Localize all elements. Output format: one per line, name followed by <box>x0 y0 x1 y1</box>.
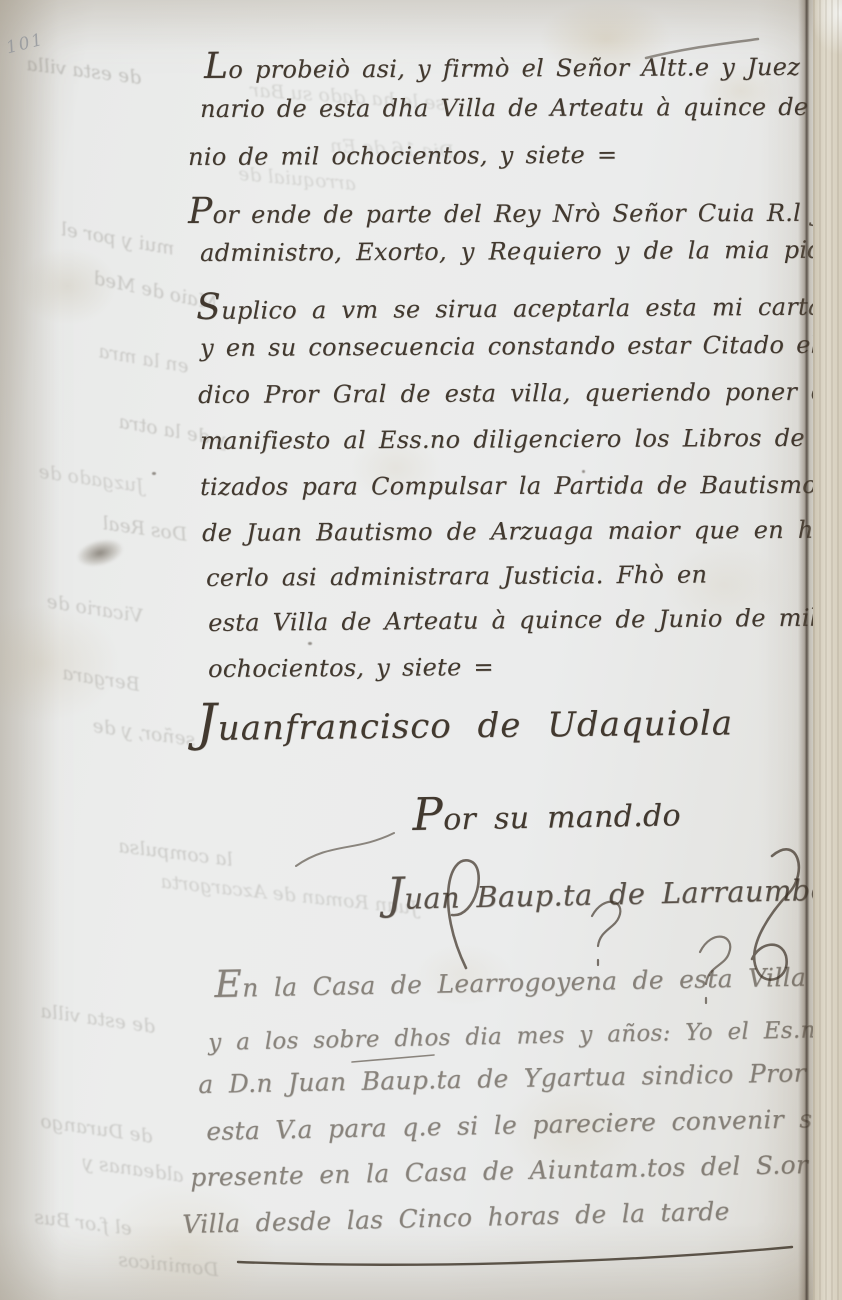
signature-juan-bautista-larraumberes: Juan Baup.ta de Larraumberes <box>386 860 842 920</box>
manuscript-line: En la Casa de Learrogoyena de esta Villa… <box>214 948 842 1006</box>
ink-speck <box>420 252 423 255</box>
bleedthrough-text: Dominicos <box>117 1249 220 1281</box>
manuscript-line: cerlo asi administrara Justicia. Fhò en <box>206 561 707 592</box>
ink-speck <box>582 470 585 473</box>
bleedthrough-text: Bergara <box>61 662 142 696</box>
manuscript-line: y a los sobre dhos dia mes y años: Yo el… <box>208 1013 842 1056</box>
bleedthrough-text: Juan Roman de Azcargorta <box>160 871 420 920</box>
bleedthrough-text: la compulsa <box>117 835 234 871</box>
manuscript-line: de Juan Bautismo de Arzuaga maior que en… <box>202 516 837 547</box>
bleedthrough-text: en la mra <box>97 340 191 378</box>
attestation-swash <box>296 833 394 866</box>
bleedthrough-text: Vicario de <box>45 591 145 628</box>
ink-speck <box>152 472 156 475</box>
bleedthrough-text: de esta villa <box>39 1000 157 1038</box>
manuscript-line: administro, Exorto, y Requiero y de la m… <box>200 235 842 267</box>
abbreviation-overbar <box>352 1055 434 1062</box>
bleedthrough-text: aldeanas y <box>81 1151 185 1187</box>
manuscript-line: tizados para Compulsar la Partida de Bau… <box>200 471 817 501</box>
manuscript-line: ochocientos, y siete = <box>208 653 494 683</box>
manuscript-line: y en su consecuencia constando estar Cit… <box>200 330 842 362</box>
manuscript-line: nario de esta dha Villa de Arteatu à qui… <box>200 93 842 123</box>
manuscript-page: 101 de esta villa se le ha dado su Bar D… <box>0 0 842 1300</box>
attestation-por-su-mando: Por su mand.do <box>412 783 681 841</box>
manuscript-line: esta V.a para q.e si le pareciere conven… <box>206 1102 842 1146</box>
adjacent-page-mark <box>826 636 828 714</box>
ink-speck <box>308 642 312 645</box>
manuscript-line: esta Villa de Arteatu à quince de Junio … <box>208 604 818 637</box>
manuscript-line: Suplico a vm se sirua aceptarla esta mi … <box>196 283 823 328</box>
ink-blot <box>74 535 127 572</box>
bleedthrough-text: el f.or Bus <box>33 1206 133 1240</box>
manuscript-line: manifiesto al Ess.no diligenciero los Li… <box>200 423 842 455</box>
manuscript-line: a D.n Juan Baup.ta de Ygartua sindico Pr… <box>198 1056 842 1099</box>
manuscript-line: Lo probeiò asi, y firmò el Señor Altt.e … <box>204 42 842 87</box>
signature-juan-francisco-udaquiola: Juanfrancisco de Udaquiola <box>196 688 733 753</box>
bleedthrough-text: señor, y de <box>91 715 197 751</box>
bleedthrough-text: de Durango <box>39 1110 154 1148</box>
folio-number: 101 <box>4 30 46 59</box>
bleedthrough-text: de esta villa <box>25 53 143 89</box>
manuscript-line: Villa desde las Cinco horas de la tarde <box>182 1197 730 1239</box>
manuscript-line: presente en la Casa de Aiuntam.tos del S… <box>190 1146 842 1192</box>
manuscript-line: nio de mil ochocientos, y siete = <box>188 141 617 171</box>
bleedthrough-text: Juzgado de <box>37 461 145 498</box>
bleedthrough-text: mui y por el <box>59 218 176 260</box>
bottom-rule <box>238 1247 792 1265</box>
manuscript-line: dico Pror Gral de esta villa, queriendo … <box>198 378 841 409</box>
manuscript-line: Por ende de parte del Rey Nrò Señor Cuia… <box>188 188 842 232</box>
